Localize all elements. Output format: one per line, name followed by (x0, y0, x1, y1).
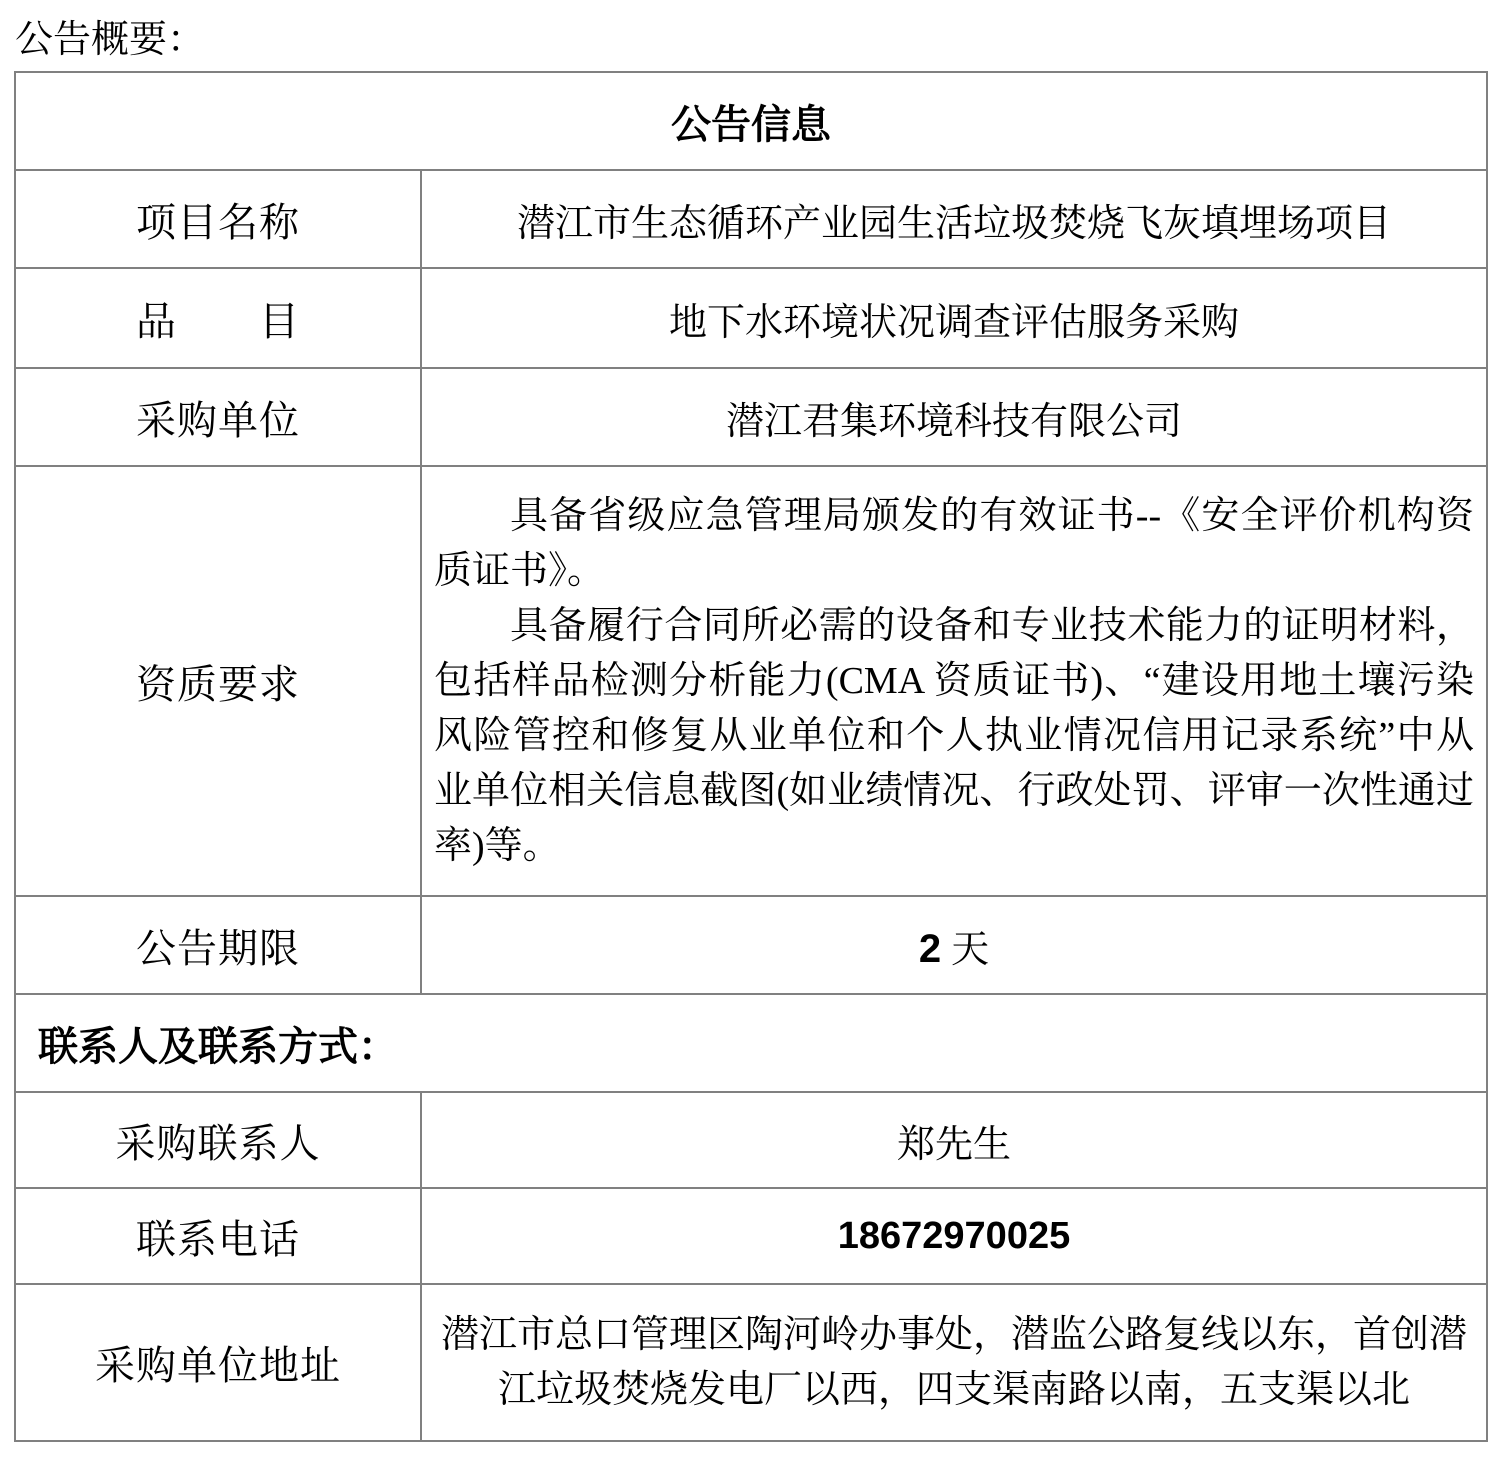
table-row: 联系电话 18672970025 (15, 1188, 1487, 1284)
item-label: 品 目 (15, 268, 421, 368)
project-name-label: 项目名称 (15, 170, 421, 268)
purchasing-contact-label: 采购联系人 (15, 1092, 421, 1188)
project-name-value: 潜江市生态循环产业园生活垃圾焚烧飞灰填埋场项目 (421, 170, 1487, 268)
purchasing-unit-address-value: 潜江市总口管理区陶河岭办事处，潜监公路复线以东，首创潜江垃圾焚烧发电厂以西，四支… (421, 1284, 1487, 1441)
qualification-paragraph: 具备省级应急管理局颁发的有效证书--《安全评价机构资质证书》。 (434, 489, 1474, 599)
page-heading: 公告概要： (0, 0, 1500, 60)
table-row: 资质要求 具备省级应急管理局颁发的有效证书--《安全评价机构资质证书》。 具备履… (15, 466, 1487, 896)
announcement-period-number: 2 (919, 927, 941, 971)
item-value: 地下水环境状况调查评估服务采购 (421, 268, 1487, 368)
table-row: 采购单位地址 潜江市总口管理区陶河岭办事处，潜监公路复线以东，首创潜江垃圾焚烧发… (15, 1284, 1487, 1441)
contact-section-title: 联系人及联系方式： (15, 994, 1487, 1092)
table-row: 品 目 地下水环境状况调查评估服务采购 (15, 268, 1487, 368)
purchasing-unit-address-label: 采购单位地址 (15, 1284, 421, 1441)
table-row-title: 公告信息 (15, 72, 1487, 170)
purchasing-unit-value: 潜江君集环境科技有限公司 (421, 368, 1487, 466)
table-row: 项目名称 潜江市生态循环产业园生活垃圾焚烧飞灰填埋场项目 (15, 170, 1487, 268)
table-row: 采购单位 潜江君集环境科技有限公司 (15, 368, 1487, 466)
contact-phone-label: 联系电话 (15, 1188, 421, 1284)
contact-phone-value: 18672970025 (421, 1188, 1487, 1284)
qualification-label: 资质要求 (15, 466, 421, 896)
announcement-period-unit: 天 (951, 929, 989, 971)
purchasing-contact-value: 郑先生 (421, 1092, 1487, 1188)
qualification-paragraph: 具备履行合同所必需的设备和专业技术能力的证明材料，包括样品检测分析能力(CMA … (434, 599, 1474, 874)
announcement-table: 公告信息 项目名称 潜江市生态循环产业园生活垃圾焚烧飞灰填埋场项目 品 目 地下… (14, 71, 1488, 1442)
announcement-period-label: 公告期限 (15, 896, 421, 994)
announcement-page: 公告概要： 公告信息 项目名称 潜江市生态循环产业园生活垃圾焚烧飞灰填埋场项目 … (0, 0, 1500, 1484)
table-row: 采购联系人 郑先生 (15, 1092, 1487, 1188)
table-row: 公告期限 2天 (15, 896, 1487, 994)
announcement-period-value: 2天 (421, 896, 1487, 994)
purchasing-unit-label: 采购单位 (15, 368, 421, 466)
table-title: 公告信息 (15, 72, 1487, 170)
qualification-value: 具备省级应急管理局颁发的有效证书--《安全评价机构资质证书》。 具备履行合同所必… (421, 466, 1487, 896)
table-row-section: 联系人及联系方式： (15, 994, 1487, 1092)
